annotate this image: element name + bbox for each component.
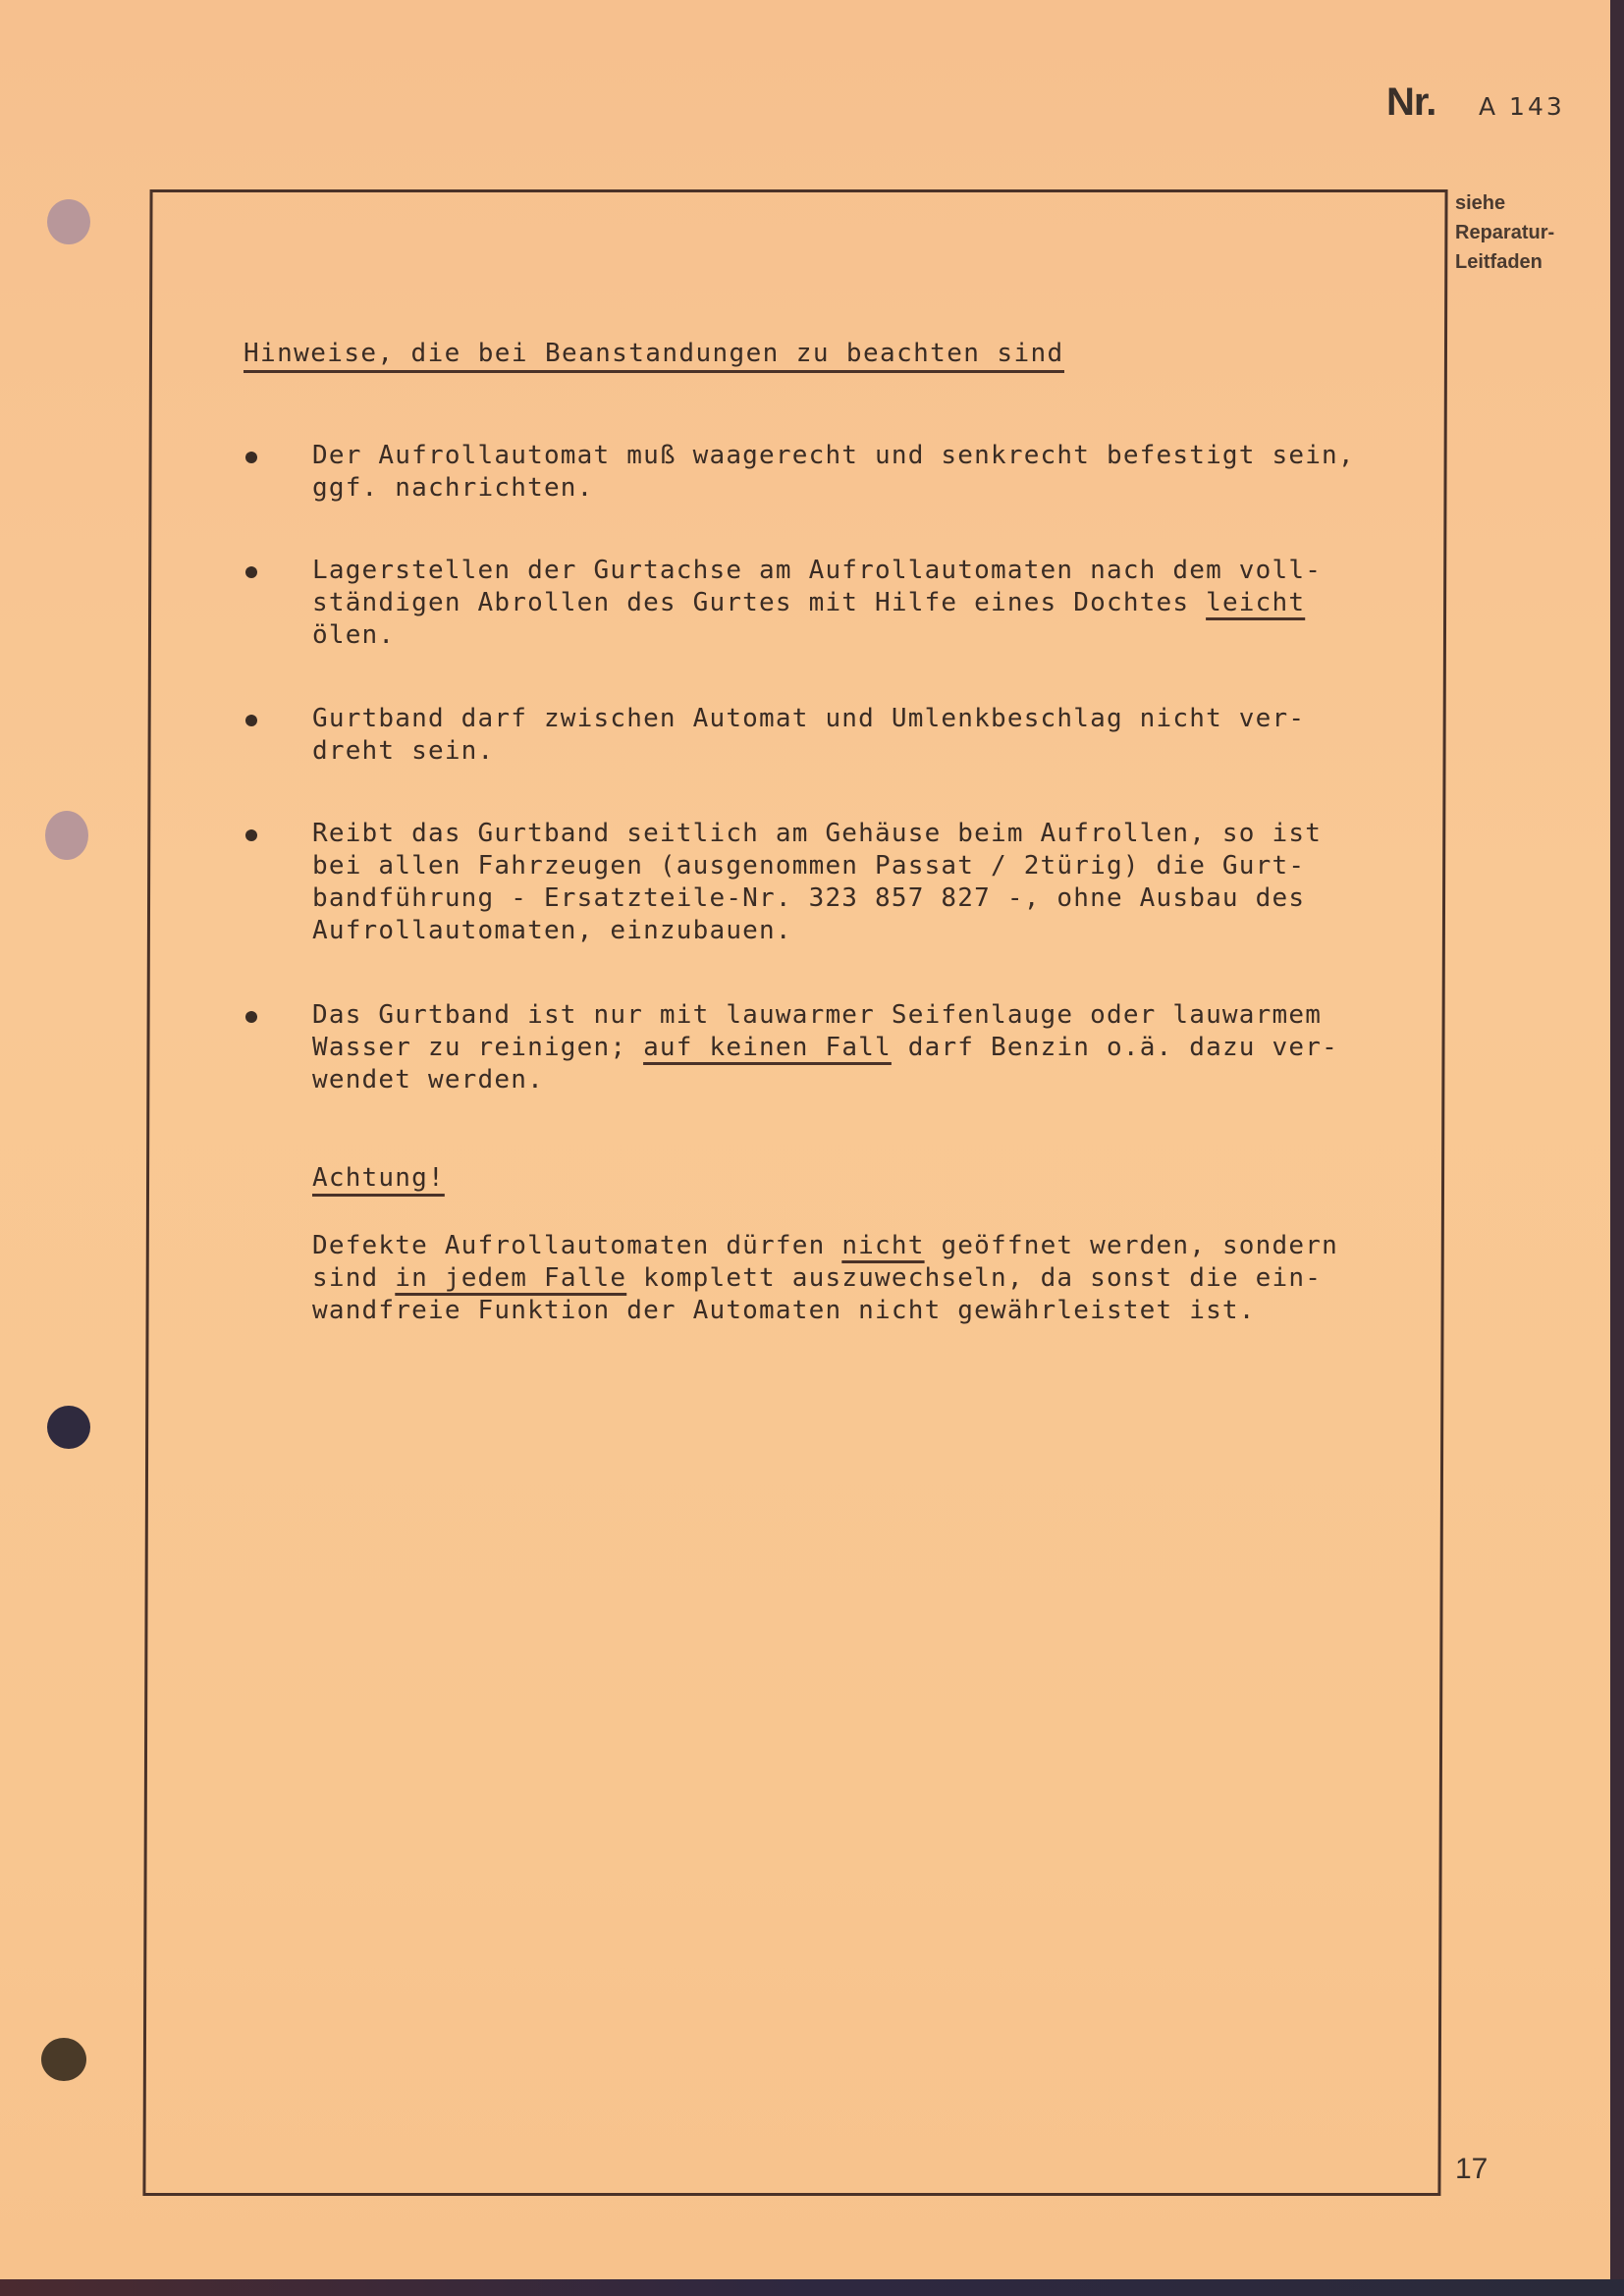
emphasized-text: in jedem Falle: [395, 1263, 626, 1293]
section-heading: Hinweise, die bei Beanstandungen zu beac…: [244, 339, 1064, 373]
attention-heading: Achtung!: [312, 1163, 445, 1193]
bullet-icon: [245, 452, 257, 463]
text-line: Defekte Aufrollautomaten dürfen nicht ge…: [312, 1230, 1338, 1262]
bullet-icon: [245, 1011, 257, 1023]
text-segment: geöffnet werden, sondern: [925, 1231, 1338, 1260]
text-segment: wandfreie Funktion der Automaten nicht g…: [312, 1296, 1256, 1325]
bullet-icon: [245, 566, 257, 578]
text-line: wendet werden.: [312, 1064, 1338, 1096]
text-line: Das Gurtband ist nur mit lauwarmer Seife…: [312, 999, 1338, 1032]
list-item-text: Reibt das Gurtband seitlich am Gehäuse b…: [312, 818, 1322, 947]
side-note-line: siehe: [1455, 188, 1554, 218]
list-item-text: Das Gurtband ist nur mit lauwarmer Seife…: [312, 999, 1338, 1096]
emphasized-text: nicht: [841, 1231, 924, 1260]
bullet-icon: [245, 715, 257, 726]
text-segment: sind: [312, 1263, 395, 1293]
text-line: wandfreie Funktion der Automaten nicht g…: [312, 1295, 1338, 1327]
text-segment: wendet werden.: [312, 1065, 544, 1095]
text-segment: Reibt das Gurtband seitlich am Gehäuse b…: [312, 819, 1322, 848]
text-segment: ständigen Abrollen des Gurtes mit Hilfe …: [312, 588, 1206, 617]
text-line: Der Aufrollautomat muß waagerecht und se…: [312, 440, 1355, 472]
text-line: ständigen Abrollen des Gurtes mit Hilfe …: [312, 587, 1322, 619]
punch-hole: [41, 2038, 86, 2081]
text-line: ggf. nachrichten.: [312, 472, 1355, 505]
text-line: Lagerstellen der Gurtachse am Aufrollaut…: [312, 555, 1322, 587]
text-line: sind in jedem Falle komplett auszuwechse…: [312, 1262, 1338, 1295]
document-number-value: A 143: [1479, 92, 1565, 121]
text-segment: Das Gurtband ist nur mit lauwarmer Seife…: [312, 1000, 1322, 1030]
text-segment: ölen.: [312, 620, 395, 650]
bullet-icon: [245, 829, 257, 841]
side-note-line: Leitfaden: [1455, 247, 1554, 277]
text-line: dreht sein.: [312, 735, 1305, 768]
document-number-label: Nr.: [1386, 80, 1435, 125]
text-segment: Defekte Aufrollautomaten dürfen: [312, 1231, 841, 1260]
attention-title: Achtung!: [312, 1163, 445, 1193]
list-item-text: Gurtband darf zwischen Automat und Umlen…: [312, 703, 1305, 768]
text-line: Reibt das Gurtband seitlich am Gehäuse b…: [312, 818, 1322, 850]
text-segment: bandführung - Ersatzteile-Nr. 323 857 82…: [312, 883, 1305, 913]
page-number: 17: [1455, 2153, 1488, 2186]
text-segment: ggf. nachrichten.: [312, 473, 594, 503]
list-item-text: Lagerstellen der Gurtachse am Aufrollaut…: [312, 555, 1322, 652]
text-line: Gurtband darf zwischen Automat und Umlen…: [312, 703, 1305, 735]
text-line: Wasser zu reinigen; auf keinen Fall darf…: [312, 1032, 1338, 1064]
scan-background: [0, 2279, 1624, 2296]
side-note-line: Reparatur-: [1455, 218, 1554, 247]
text-line: Aufrollautomaten, einzubauen.: [312, 915, 1322, 947]
punch-hole: [47, 1406, 90, 1449]
text-segment: darf Benzin o.ä. dazu ver-: [892, 1033, 1338, 1062]
emphasized-text: leicht: [1206, 588, 1305, 617]
side-note: siehe Reparatur- Leitfaden: [1455, 188, 1554, 277]
text-line: bandführung - Ersatzteile-Nr. 323 857 82…: [312, 882, 1322, 915]
text-line: bei allen Fahrzeugen (ausgenommen Passat…: [312, 850, 1322, 882]
emphasized-text: auf keinen Fall: [643, 1033, 892, 1062]
punch-hole: [45, 811, 88, 860]
attention-text: Defekte Aufrollautomaten dürfen nicht ge…: [312, 1230, 1338, 1327]
text-segment: Der Aufrollautomat muß waagerecht und se…: [312, 441, 1355, 470]
text-segment: Aufrollautomaten, einzubauen.: [312, 916, 792, 945]
scan-background: [1610, 0, 1624, 2296]
text-segment: dreht sein.: [312, 736, 494, 766]
document-page: Nr. A 143 siehe Reparatur- Leitfaden Hin…: [0, 0, 1610, 2279]
punch-hole: [47, 199, 90, 244]
text-segment: Gurtband darf zwischen Automat und Umlen…: [312, 704, 1305, 733]
text-segment: Wasser zu reinigen;: [312, 1033, 643, 1062]
text-segment: bei allen Fahrzeugen (ausgenommen Passat…: [312, 851, 1305, 881]
text-line: ölen.: [312, 619, 1322, 652]
text-segment: komplett auszuwechseln, da sonst die ein…: [626, 1263, 1322, 1293]
text-segment: Lagerstellen der Gurtachse am Aufrollaut…: [312, 556, 1322, 585]
list-item-text: Der Aufrollautomat muß waagerecht und se…: [312, 440, 1355, 505]
